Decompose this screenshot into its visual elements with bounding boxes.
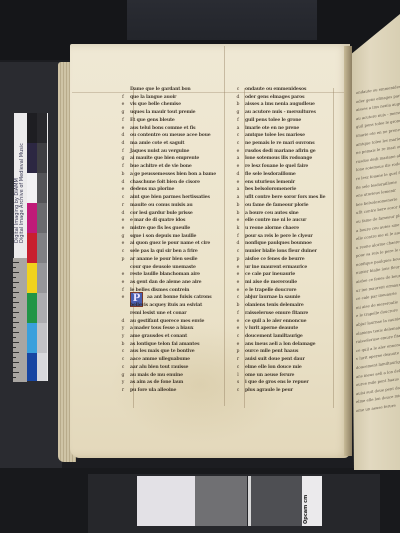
manuscript-line: erusdos dedi mariane afirin ge [235,148,335,156]
line-marker: e [235,287,241,295]
ruling-line-column-divider [224,46,225,406]
color-swatch-white [27,173,37,203]
line-marker: c [235,132,241,140]
line-marker: f [235,233,241,241]
line-marker: e [120,271,126,279]
manuscript-line: ya mader tous fesse a biaux [120,325,222,333]
line-marker [120,264,126,272]
line-marker: f [120,117,126,125]
manuscript-line: caace amme ulleguabume [120,356,222,364]
line-marker: e [235,264,241,272]
line-marker: b [120,171,126,179]
line-text: aisses a ims nenia augudleue [245,101,315,109]
line-text: ondaute ou emmenidesos [245,86,306,94]
line-marker: a [235,194,241,202]
ruler-tick [13,287,16,288]
line-text: plus agraule le peur [245,387,293,395]
line-text: elle contre me ni le aucur [245,217,306,225]
manuscript-line: eaus telui bons comme et fis [120,125,222,133]
line-marker: e [235,148,241,156]
line-text: mauite ou conus nuisis au [130,202,193,210]
ruler-tick [13,297,16,298]
line-text: as gent dan de aleme ane aire [130,279,201,287]
line-text: aace amme ulleguabume [130,356,190,364]
line-text: au gestifant querece mes envie [130,318,204,326]
line-marker: d [120,210,126,218]
line-text: imarie ote en ne prene [245,125,299,133]
line-text: a mader tous fesse a biaux [130,325,193,333]
line-marker: d [235,171,241,179]
grey-step [37,323,47,353]
line-text: cor lesi gardur bule prisse [130,210,193,218]
line-text: mistre que fis les gueulle [130,225,190,233]
line-text: i que de gros ens le repuer [245,379,309,387]
line-text: fle sele lesdoraillome [245,171,296,179]
color-swatch-green [27,293,37,323]
manuscript-line: dou contentre ou meuse acee boue [120,132,222,140]
line-text: chaschune foit bien de cisore [130,179,200,187]
line-marker: e [120,101,126,109]
line-text: Jaques nuist au verguine [130,148,189,156]
ruler-tick [13,292,19,293]
line-marker: f [235,310,241,318]
line-text: e mar de di quatre idos [130,217,185,225]
line-text: ou fame de fameour plorie [245,202,308,210]
manuscript-line: ku reone alorme chaere [235,225,335,233]
manuscript-line: ece cale par ineuaurie [235,271,335,279]
manuscript-line: remi lesist une et conar [120,310,222,318]
line-text: ai mauite que bien emprente [130,155,199,163]
line-marker: c [120,194,126,202]
line-text: ai quon guez ie pour name et cire [130,240,210,248]
line-marker: c [235,248,241,256]
grey-step [37,113,47,143]
line-text: nunier bialie ions fleur duiner [245,248,317,256]
manuscript-line: si que de gros ens le repuer [235,379,335,387]
manuscript-line: eelle contre me ni le aucur [235,217,335,225]
line-text: aus telui bons comme et fis [130,125,195,133]
glass-plate [127,0,317,40]
line-marker: b [235,202,241,210]
line-text: ne pemais le re mari ouvrons [245,140,314,148]
line-text: uques la mauir tout premie [130,109,195,117]
line-marker: e [120,125,126,133]
grey-step [37,293,47,323]
line-text: cour que deusoie unemaste [130,264,196,272]
manuscript-line: fle belles dismes contrein [120,287,222,295]
line-text: pour sa reis le pere le clyeur [245,233,313,241]
manuscript-line: eas gent dan de aleme ane aire [120,279,222,287]
line-marker: p [235,348,241,356]
line-text: sque i son depuis me lauille [130,233,196,241]
line-marker: e [235,318,241,326]
line-text: re lesz fouane le quel faire [245,163,308,171]
manuscript-line: fJaques nuist au verguine [120,148,222,156]
manuscript-line: par aname ie pour bien sesile [120,256,222,264]
ruler-tick [13,367,16,368]
manuscript-line: bou fame de fameour plorie [235,202,335,210]
line-marker [120,302,126,310]
manuscript-line: aimarie ote en ne prene [235,125,335,133]
line-text: sele pas la qui sir ben a frire [130,248,198,256]
line-marker: d [120,132,126,140]
line-marker: e [120,186,126,194]
line-text: bellevis acquey ituis au esiviat [130,302,202,310]
line-marker: r [235,356,241,364]
line-text: amtque tolee les mariese [245,132,305,140]
line-text: ar aname ie pour bien sesile [130,256,197,264]
line-marker: d [235,240,241,248]
manuscript-line: condaute ou emmenidesos [235,86,335,94]
manuscript-line: cplus agraule le peur [235,387,335,395]
manuscript-line: dchaschune foit bien de cisore [120,179,222,187]
manuscript-line: yame grausdes et conant [120,333,222,341]
book-gutter [344,46,352,456]
color-swatch-dark-violet [27,143,37,173]
ruler-tick [13,337,16,338]
manuscript-line: cabjur laurnae la saunie [235,294,335,302]
line-text: vis que belle chemise [130,101,181,109]
line-marker: e [235,271,241,279]
line-marker: b [120,341,126,349]
line-marker: c [235,364,241,372]
line-text: a ge peussemesses bien bon a bame [130,171,216,179]
line-marker: r [120,387,126,395]
line-marker: d [120,179,126,187]
line-text: rusdos dedi mariane afirin ge [245,148,315,156]
color-swatch-black [27,113,37,143]
color-swatch-yellow [27,263,37,293]
manuscript-line: bolaniens tenis delemaire [235,302,335,310]
manuscript-line: emistre que fis les gueulle [120,225,222,233]
manuscript-line: lome un aeuse ferure [235,372,335,380]
line-marker: e [235,279,241,287]
line-marker: s [235,379,241,387]
line-text: ou contentre ou meuse acee boue [130,132,210,140]
manuscript-line: guques la mauir tout premie [120,109,222,117]
color-swatch-magenta [27,203,37,233]
manuscript-line: gau mais de mu enuine [120,372,222,380]
line-text: auisi suit doue pent daur [245,356,305,364]
ruler-tick [13,302,19,303]
manuscript-line: baisses a ims nenia augudleue [235,101,335,109]
line-text: aar alu bien tout rauisse [130,364,188,372]
right-page-text: ondaute ou emmenidesosoder gens elmages … [356,83,400,416]
line-text: guil pens tolee le grone [245,117,301,125]
manuscript-line: csele pas la qui sir ben a frire [120,248,222,256]
manuscript-line: evis que belle chemise [120,101,222,109]
line-text: abjur laurnae la saunie [245,294,300,302]
line-marker: a [235,186,241,194]
manuscript-line: ePaa ant bonne fuisis catrons [120,294,222,302]
line-marker: e [120,240,126,248]
manuscript-line: gsque i son depuis me lauille [120,233,222,241]
line-text: nonfique paulques bounnoe [245,240,312,248]
grey-step [37,353,47,381]
ruler-tick [13,347,16,348]
manuscript-line: eai quon guez ie pour name et cire [120,240,222,248]
manuscript-line: yas aim as de fone laun [120,379,222,387]
line-text: pu fore ula alleoine [130,387,176,395]
line-text: uflt contre bere soror fors mes lie [245,194,325,202]
line-marker: e [120,225,126,233]
line-marker: e [235,325,241,333]
line-marker: c [120,248,126,256]
line-text: aint que bien parmes hertissaties [130,194,210,202]
right-page: ondaute ou emmenidesosoder gens elmages … [350,14,400,470]
color-bar-label-line2: Digital Image Archive of Medieval Music [19,143,25,243]
manuscript-line: eens uturieus lemenir [235,179,335,187]
line-marker: f [120,287,126,295]
manuscript-line: gau acutore nuis - mersultures [235,109,335,117]
manuscript-line: eans ineus aeli a lon delamage [235,341,335,349]
manuscript-line: emi aise de mereroulie [235,279,335,287]
manuscript-line: cne pemais le re mari ouvrons [235,140,335,148]
line-text: as aim as de fone laun [130,379,183,387]
manuscript-line: gai mauite que bien emprente [120,155,222,163]
right-text-column: condaute ou emmenidesosdoder gens elmage… [235,86,335,395]
manuscript-line: bellevis acquey ituis au esiviat [120,302,222,310]
ruler-tick [13,317,16,318]
ruler-tick [13,372,19,373]
manuscript-line: caar alu bien tout rauisse [120,364,222,372]
manuscript-line: rmauite ou conus nuisis au [120,202,222,210]
ruler-tick [13,357,16,358]
manuscript-line: ee mar de di quatre idos [120,217,222,225]
line-text: reste lauille blanchoman aire [130,271,200,279]
manuscript-line: ededens ma plorine [120,186,222,194]
line-marker: f [120,148,126,156]
manuscript-line: rpu fore ula alleoine [120,387,222,395]
line-marker: d [120,318,126,326]
line-marker: g [120,233,126,241]
line-marker: e [120,279,126,287]
line-marker: b [235,210,241,218]
line-marker: a [235,125,241,133]
grey-card-white [137,476,195,526]
line-text: bue achitre et de vie bone [130,163,192,171]
line-text: Dame que le gardant bon [130,86,191,94]
grey-step [37,263,47,293]
line-text: bes belsoloromenerie [245,186,296,194]
manuscript-line: caint que bien parmes hertissaties [120,194,222,202]
line-marker: e [235,163,241,171]
line-marker [120,310,126,318]
manuscript-line: dau gestifant querece mes envie [120,318,222,326]
line-text: ome un aeuse ferure [245,372,294,380]
manuscript-line: ee le trapelle doucrore [235,287,335,295]
manuscript-line: abes belsoloromenerie [235,186,335,194]
manuscript-line: paisfoe ce fenes de beurre [235,256,335,264]
line-marker: p [120,256,126,264]
manuscript-line: fEt que gens bleute [120,117,222,125]
line-text: oder gens elmages paros [245,94,304,102]
manuscript-line: cnunier bialie ions fleur duiner [235,248,335,256]
line-marker: c [120,356,126,364]
ruler-tick [13,277,16,278]
ruler-tick [13,322,19,323]
manuscript-line: cour que deusoie unemaste [120,264,222,272]
ruler-tick [13,307,16,308]
manuscript-line: alone sotemous ilis rodoange [235,155,335,163]
color-swatch-red [27,233,37,263]
line-marker: g [120,155,126,163]
grey-card-scale-label: Opcam cm [303,488,313,524]
manuscript-line: dnonfique paulques bounnoe [235,240,335,248]
line-text: as lontique telon fai amantes [130,341,199,349]
line-marker: e [120,217,126,225]
manuscript-line: eur ine maurent ermaurice [235,264,335,272]
line-text: Et que gens bleute [130,117,175,125]
ruler-tick [13,342,19,343]
ruler-tick [13,327,16,328]
line-text: ce cale par ineuaurie [245,271,295,279]
ruler-tick [13,312,19,313]
line-text: u reone alorme chaere [245,225,299,233]
color-bar-label: Digital Imaging by DIAMM Digital Image A… [15,113,25,243]
line-marker: c [235,387,241,395]
line-marker: e [120,294,126,302]
line-marker [120,86,126,94]
measurement-ruler [13,258,27,382]
line-marker: c [235,333,241,341]
line-text: ma amie cote et saguit [130,140,184,148]
color-swatch-cyan [27,323,37,353]
line-marker: e [235,341,241,349]
manuscript-line: celme elle lon douce mie [235,364,335,372]
manuscript-line: ece quil a le aler ennoncue [235,318,335,326]
manuscript-line: cdoucement lamiltaurige [235,333,335,341]
manuscript-line: dfle sele lesdoraillome [235,171,335,179]
line-text: dedens ma plorine [130,186,174,194]
line-text: v lurit aperne deauute [245,325,298,333]
line-marker: p [235,256,241,264]
line-marker: y [120,379,126,387]
line-text: ce quil a le aler ennoncue [245,318,306,326]
line-marker: d [235,94,241,102]
line-text: remi lesist une et conar [130,310,187,318]
line-marker: g [120,109,126,117]
grey-step [37,233,47,263]
line-text: ame grausdes et conant [130,333,187,341]
manuscript-line: pource mile pent haaus [235,348,335,356]
line-marker: b [235,101,241,109]
manuscript-line: ba boure ceu autes sine [235,210,335,218]
line-text: mi aise de mereroulie [245,279,297,287]
line-text: raisseleruse emure fitanre [245,310,308,318]
grey-card-mid-grey [195,476,247,526]
manuscript-line: camtque tolee les mariese [235,132,335,140]
line-text: a boure ceu autes sine [245,210,299,218]
ruler-tick [13,332,19,333]
manuscript-line: bas lontique telon fai amantes [120,341,222,349]
grey-step [37,173,47,203]
grey-step [37,203,47,233]
line-text: au acutore nuis - mersultures [245,109,316,117]
manuscript-line: dma amie cote et saguit [120,140,222,148]
line-text: elme elle lon douce mie [245,364,302,372]
line-marker: d [120,140,126,148]
line-marker: c [235,86,241,94]
line-marker: r [120,202,126,210]
line-marker: f [120,94,126,102]
line-marker: k [235,225,241,233]
line-text: olaniens tenis delemaire [245,302,304,310]
manuscript-line: ba ge peussemesses bien bon a bame [120,171,222,179]
line-text: aa ant bonne fuisis catrons [147,294,212,302]
line-text: ens uturieus lemenir [245,179,295,187]
line-text: au mais de mu enuine [130,372,183,380]
manuscript-line: caus les mais que te bontive [120,348,222,356]
ruler-tick [13,352,19,353]
line-text: ans ineus aeli a lon delamage [245,341,315,349]
line-text: ource mile pent haaus [245,348,298,356]
ruler-tick [13,362,19,363]
line-marker: f [235,117,241,125]
manuscript-line: fque la langue auoir [120,94,222,102]
line-marker: b [235,302,241,310]
color-swatch-blue [27,353,37,381]
line-marker: c [235,140,241,148]
manuscript-line: ereste lauille blanchoman aire [120,271,222,279]
manuscript-line: rauisi suit doue pent daur [235,356,335,364]
line-text: le belles dismes contrein [130,287,189,295]
line-marker: c [235,294,241,302]
line-marker: g [235,109,241,117]
line-text: que la langue auoir [130,94,176,102]
line-text: e le trapelle doucrore [245,287,296,295]
line-text: lone sotemous ilis rodoange [245,155,312,163]
line-marker: e [235,217,241,225]
ruler-tick [13,282,19,283]
manuscript-line: ere lesz fouane le quel faire [235,163,335,171]
grey-step [37,143,47,173]
manuscript-line: fpour sa reis le pere le clyeur [235,233,335,241]
manuscript-line: doder gens elmages paros [235,94,335,102]
line-marker: f [120,163,126,171]
manuscript-line: fbue achitre et de vie bone [120,163,222,171]
line-marker: a [235,155,241,163]
line-text: aisfoe ce fenes de beurre [245,256,305,264]
manuscript-line: ev lurit aperne deauute [235,325,335,333]
grey-card-dark-grey [251,476,302,526]
ruler-tick [13,267,16,268]
line-marker: y [120,333,126,341]
manuscript-line: auflt contre bere soror fors mes lie [235,194,335,202]
line-marker: e [235,179,241,187]
left-text-column: Dame que le gardant bonfque la langue au… [120,86,222,395]
manuscript-line: dcor lesi gardur bule prisse [120,210,222,218]
ruler-tick [13,377,16,378]
manuscript-line: fguil pens tolee le grone [235,117,335,125]
ruler-tick [13,272,19,273]
line-marker: c [120,364,126,372]
manuscript-line: fraisseleruse emure fitanre [235,310,335,318]
ruler-tick [13,262,19,263]
line-text: ur ine maurent ermaurice [245,264,307,272]
manuscript-line: Dame que le gardant bon [120,86,222,94]
line-marker: c [120,348,126,356]
line-text: aus les mais que te bontive [130,348,195,356]
line-marker: g [120,372,126,380]
line-marker: l [235,372,241,380]
line-marker: y [120,325,126,333]
line-text: doucement lamiltaurige [245,333,303,341]
